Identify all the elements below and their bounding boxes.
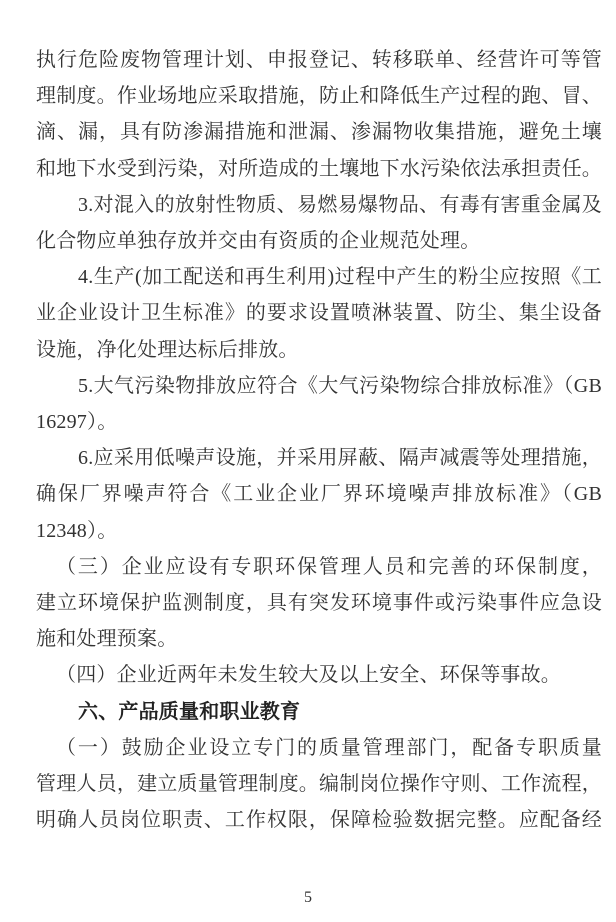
section-heading: 六、产品质量和职业教育	[36, 694, 602, 730]
text-line-03: 滴、漏，具有防渗漏措施和泄漏、渗漏物收集措施，避免土壤	[36, 114, 602, 150]
text-line-17: 施和处理预案。	[36, 621, 602, 657]
text-line-04: 和地下水受到污染，对所造成的土壤地下水污染依法承担责任。	[36, 151, 602, 187]
text-line-01: 执行危险废物管理计划、申报登记、转移联单、经营许可等管	[36, 42, 602, 78]
text-line-13: 确保厂界噪声符合《工业企业厂界环境噪声排放标准》（GB	[36, 476, 602, 512]
text-line-05: 3.对混入的放射性物质、易燃易爆物品、有毒有害重金属及	[36, 187, 602, 223]
text-line-14: 12348）。	[36, 513, 602, 549]
page-number: 5	[0, 889, 616, 907]
text-line-16: 建立环境保护监测制度，具有突发环境事件或污染事件应急设	[36, 585, 602, 621]
text-line-06: 化合物应单独存放并交由有资质的企业规范处理。	[36, 223, 602, 259]
text-line-07: 4.生产(加工配送和再生利用)过程中产生的粉尘应按照《工	[36, 259, 602, 295]
document-text: 执行危险废物管理计划、申报登记、转移联单、经营许可等管 理制度。作业场地应采取措…	[36, 42, 602, 838]
text-line-09: 设施，净化处理达标后排放。	[36, 332, 602, 368]
text-line-21: 管理人员，建立质量管理制度。编制岗位操作守则、工作流程，	[36, 766, 602, 802]
text-line-11: 16297）。	[36, 404, 602, 440]
text-line-15: （三）企业应设有专职环保管理人员和完善的环保制度，	[36, 549, 602, 585]
text-line-10: 5.大气污染物排放应符合《大气污染物综合排放标准》（GB	[36, 368, 602, 404]
document-page: 执行危险废物管理计划、申报登记、转移联单、经营许可等管 理制度。作业场地应采取措…	[0, 0, 616, 922]
text-line-08: 业企业设计卫生标准》的要求设置喷淋装置、防尘、集尘设备	[36, 295, 602, 331]
text-line-12: 6.应采用低噪声设施，并采用屏蔽、隔声减震等处理措施，	[36, 440, 602, 476]
text-line-22: 明确人员岗位职责、工作权限，保障检验数据完整。应配备经	[36, 802, 602, 838]
text-line-18: （四）企业近两年未发生较大及以上安全、环保等事故。	[36, 657, 602, 693]
text-line-20: （一）鼓励企业设立专门的质量管理部门，配备专职质量	[36, 730, 602, 766]
text-line-02: 理制度。作业场地应采取措施，防止和降低生产过程的跑、冒、	[36, 78, 602, 114]
